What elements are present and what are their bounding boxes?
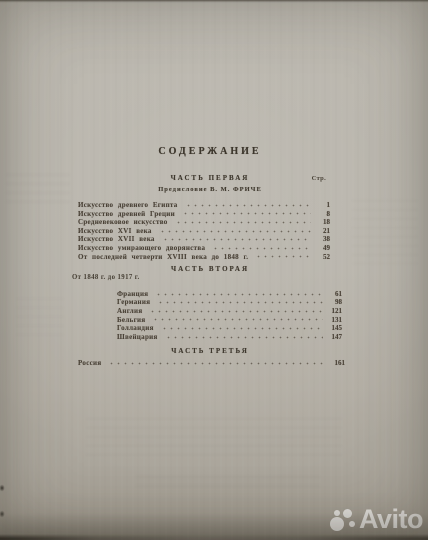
period-subheading: От 1848 г. до 1917 г. <box>70 274 350 283</box>
toc-row: Искусство древней Греции 8 <box>78 210 330 219</box>
toc-row-title: Франция <box>117 290 148 299</box>
page-number: 161 <box>331 359 345 368</box>
dot-leader <box>255 253 311 260</box>
avito-logo-icon <box>328 507 356 533</box>
book-page-photo: СОДЕРЖАНИЕ ЧАСТЬ ПЕРВАЯ Стр. Предисловие… <box>0 0 428 540</box>
dot-leader <box>149 308 323 315</box>
page-edge-marks <box>0 480 6 528</box>
dot-leader <box>185 202 311 209</box>
dot-leader <box>161 325 323 332</box>
dot-leader <box>152 316 323 323</box>
toc-row-title: Англия <box>117 307 142 316</box>
toc-row: Англия 121 <box>117 307 342 316</box>
toc-row-title: Россия <box>78 359 101 368</box>
page-number: 145 <box>328 324 342 333</box>
avito-watermark: Avito <box>328 506 423 533</box>
part-two-header: ЧАСТЬ ВТОРАЯ <box>70 265 350 274</box>
toc-row: Голландия 145 <box>117 324 342 333</box>
page-number: 21 <box>316 227 330 236</box>
part-two-list: Франция 61 Германия 98 Англия 121 Бельги… <box>70 290 350 342</box>
toc-row-title: Искусство XVI века <box>78 227 152 236</box>
bleed-through-text <box>16 298 64 342</box>
page-number: 147 <box>328 333 342 342</box>
page-number: 61 <box>328 290 342 299</box>
toc-row: Искусство умирающего дворянства 49 <box>78 244 330 253</box>
dot-leader <box>182 210 311 217</box>
bleed-through-text <box>136 476 320 488</box>
page-top-edge <box>0 0 428 2</box>
toc-row: Средневековое искусство 18 <box>78 218 330 227</box>
toc-row-title: Голландия <box>117 324 154 333</box>
page-number: 8 <box>316 210 330 219</box>
dot-leader <box>175 219 311 226</box>
bleed-through-text <box>86 418 342 462</box>
toc-row-title: Искусство древнего Египта <box>78 201 178 210</box>
page-bottom-edge <box>0 534 428 540</box>
toc-row: Искусство древнего Египта 1 <box>78 201 330 210</box>
avito-wordmark: Avito <box>359 506 423 533</box>
bleed-through-text <box>352 200 418 264</box>
dot-leader <box>162 236 311 243</box>
toc-row: Швейцария 147 <box>117 333 342 342</box>
page-number: 38 <box>316 235 330 244</box>
dot-leader <box>155 291 323 298</box>
part-three-list: Россия 161 <box>70 359 350 368</box>
toc-row: Бельгия 131 <box>117 316 342 325</box>
page-number: 98 <box>328 298 342 307</box>
toc-row: Искусство XVI века 21 <box>78 227 330 236</box>
toc-row: Германия 98 <box>117 298 342 307</box>
avito-logo-dot <box>349 521 355 527</box>
page-number: 121 <box>328 307 342 316</box>
avito-logo-dot <box>334 510 340 516</box>
page-number: 49 <box>316 244 330 253</box>
toc-row: Франция 61 <box>117 290 342 299</box>
avito-logo-dot <box>343 509 352 518</box>
dot-leader <box>159 228 311 235</box>
avito-logo-dot <box>330 517 344 531</box>
table-of-contents: СОДЕРЖАНИЕ ЧАСТЬ ПЕРВАЯ Стр. Предисловие… <box>70 146 350 368</box>
toc-row-title: Искусство древней Греции <box>78 210 175 219</box>
bleed-through-text <box>6 174 70 208</box>
page-number: 1 <box>316 201 330 210</box>
page-column-header: Стр. <box>312 174 326 183</box>
toc-row-title: Германия <box>117 298 150 307</box>
part-heading: ЧАСТЬ ПЕРВАЯ <box>70 174 350 183</box>
preface-line: Предисловие В. М. ФРИЧЕ <box>70 185 350 194</box>
part-one-header: ЧАСТЬ ПЕРВАЯ Стр. <box>70 174 350 183</box>
page-number: 52 <box>316 253 330 262</box>
contents-title: СОДЕРЖАНИЕ <box>70 146 350 158</box>
dot-leader <box>157 299 323 306</box>
dot-leader <box>108 360 326 367</box>
dot-leader <box>212 245 311 252</box>
toc-row-title: Швейцария <box>117 333 158 342</box>
toc-row-title: Средневековое искусство <box>78 218 168 227</box>
part-heading: ЧАСТЬ ТРЕТЬЯ <box>70 347 350 356</box>
dot-leader <box>165 334 323 341</box>
toc-row: От последней четверти XVIII века до 1848… <box>78 253 330 262</box>
part-heading: ЧАСТЬ ВТОРАЯ <box>70 265 350 274</box>
toc-row-title: От последней четверти XVIII века до 1848… <box>78 253 248 262</box>
page-number: 131 <box>328 316 342 325</box>
toc-row: Искусство XVII века 38 <box>78 235 330 244</box>
part-one-list: Искусство древнего Египта 1 Искусство др… <box>70 201 350 261</box>
toc-row-title: Искусство XVII века <box>78 235 155 244</box>
page-number: 18 <box>316 218 330 227</box>
part-three-header: ЧАСТЬ ТРЕТЬЯ <box>70 347 350 356</box>
toc-row: Россия 161 <box>78 359 345 368</box>
toc-row-title: Бельгия <box>117 316 145 325</box>
toc-row-title: Искусство умирающего дворянства <box>78 244 205 253</box>
